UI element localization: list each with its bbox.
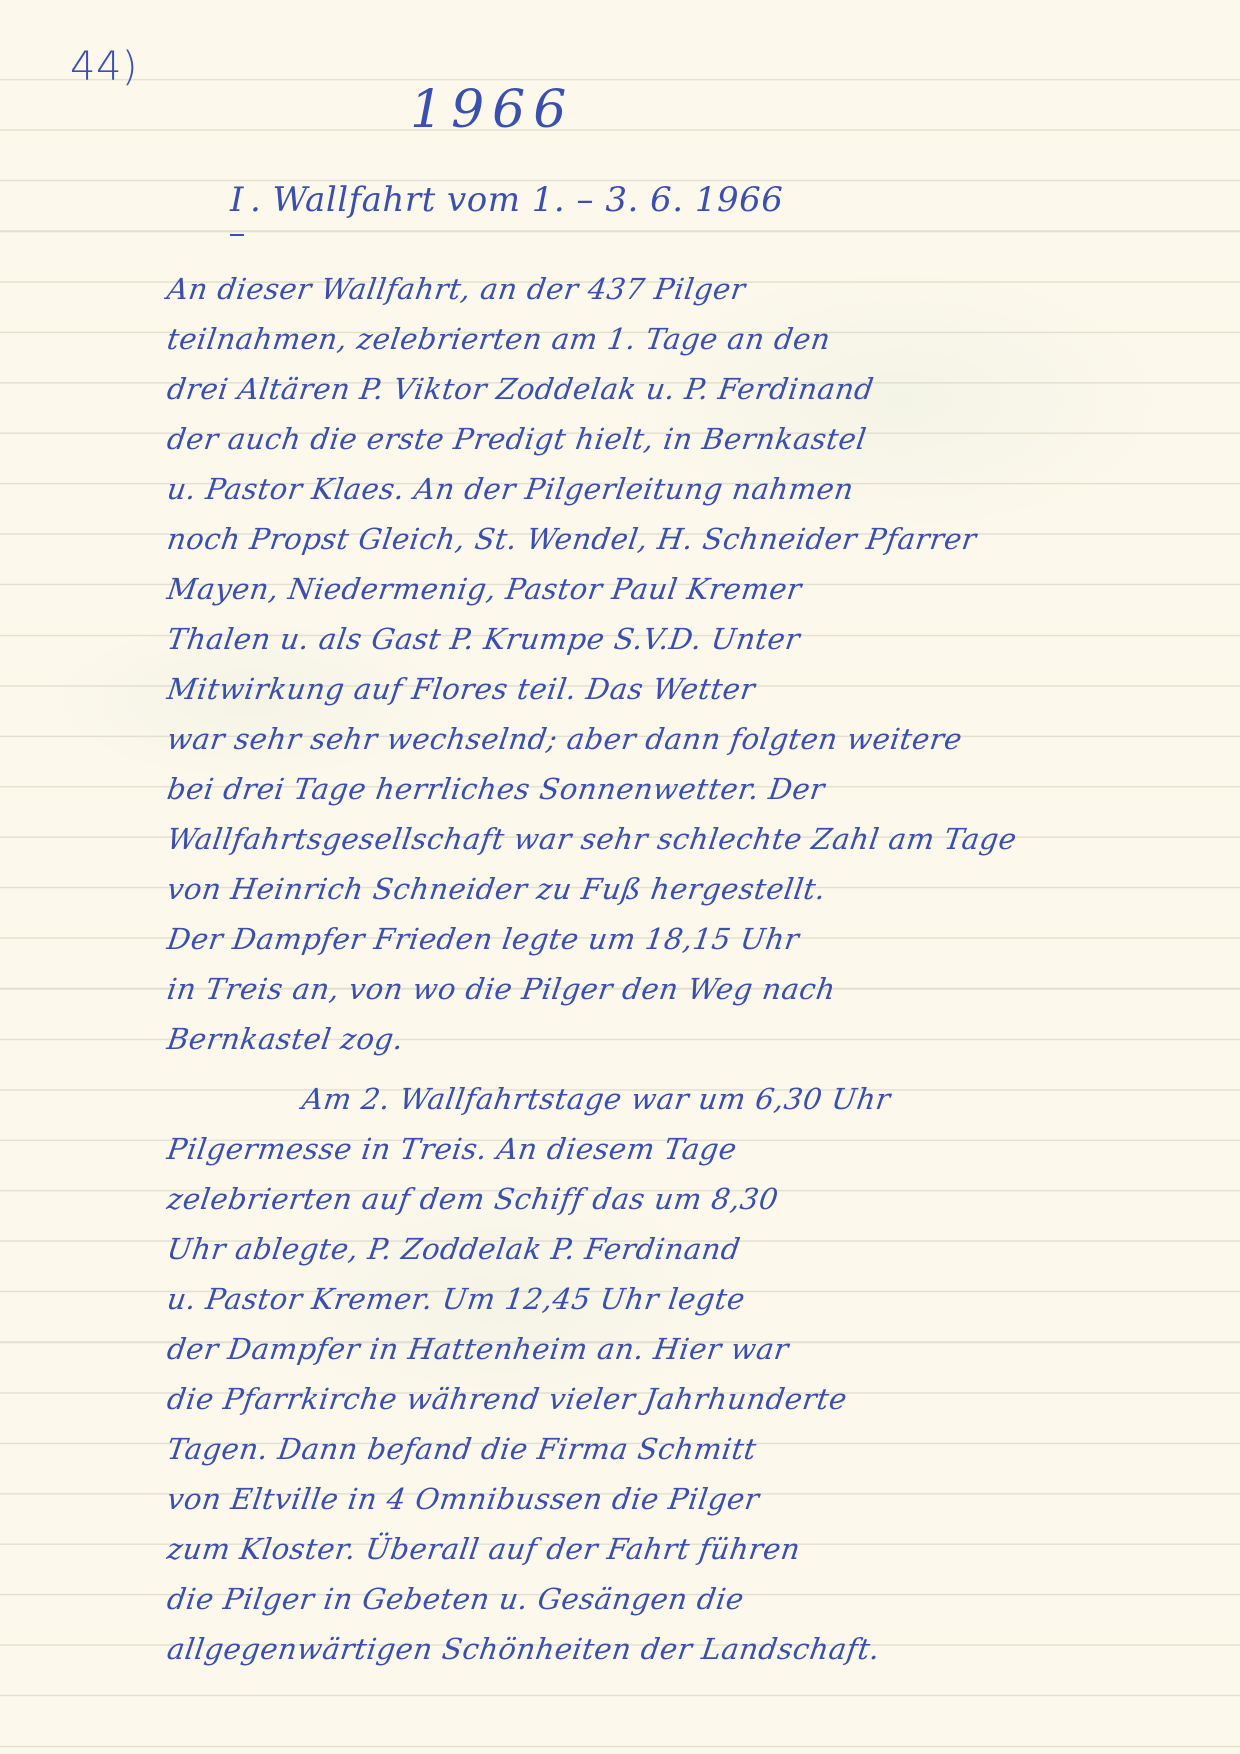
section-roman-numeral: I <box>230 180 244 236</box>
body-line: noch Propst Gleich, St. Wendel, H. Schne… <box>165 522 979 556</box>
body-line: u. Pastor Klaes. An der Pilgerleitung na… <box>165 472 856 506</box>
body-line: bei drei Tage herrliches Sonnenwetter. D… <box>165 772 827 806</box>
notebook-page: 44) 1966 I. Wallfahrt vom 1. – 3. 6. 196… <box>0 0 1240 1754</box>
body-line: war sehr sehr wechselnd; aber dann folgt… <box>165 722 964 756</box>
page-number: 44) <box>70 44 138 90</box>
body-line: teilnahmen, zelebrierten am 1. Tage an d… <box>165 322 833 356</box>
body-line: Thalen u. als Gast P. Krumpe S.V.D. Unte… <box>165 622 802 656</box>
body-line: Uhr ablegte, P. Zoddelak P. Ferdinand <box>165 1232 743 1266</box>
section-heading: I. Wallfahrt vom 1. – 3. 6. 1966 <box>230 180 783 236</box>
body-line: Bernkastel zog. <box>165 1022 406 1056</box>
body-line: der auch die erste Predigt hielt, in Ber… <box>165 422 869 456</box>
body-line: Tagen. Dann befand die Firma Schmitt <box>165 1432 759 1466</box>
body-line: u. Pastor Kremer. Um 12,45 Uhr legte <box>165 1282 747 1316</box>
body-line: Der Dampfer Frieden legte um 18,15 Uhr <box>165 922 802 956</box>
body-line-paragraph-start: Am 2. Wallfahrtstage war um 6,30 Uhr <box>300 1082 893 1116</box>
body-line: von Eltville in 4 Omnibussen die Pilger <box>165 1482 762 1516</box>
section-heading-text: . Wallfahrt vom 1. – 3. 6. 1966 <box>250 180 783 220</box>
body-line: zelebrierten auf dem Schiff das um 8,30 <box>165 1182 781 1216</box>
body-line: zum Kloster. Überall auf der Fahrt führe… <box>165 1532 803 1566</box>
body-line: von Heinrich Schneider zu Fuß hergestell… <box>165 872 828 906</box>
body-line: die Pilger in Gebeten u. Gesängen die <box>165 1582 746 1616</box>
body-line: Pilgermesse in Treis. An diesem Tage <box>165 1132 739 1166</box>
body-line: in Treis an, von wo die Pilger den Weg n… <box>165 972 838 1006</box>
body-line: Mitwirkung auf Flores teil. Das Wetter <box>165 672 757 706</box>
year-heading: 1966 <box>410 80 574 140</box>
body-line: drei Altären P. Viktor Zoddelak u. P. Fe… <box>165 372 876 406</box>
body-line: der Dampfer in Hattenheim an. Hier war <box>165 1332 791 1366</box>
body-line: die Pfarrkirche während vieler Jahrhunde… <box>165 1382 849 1416</box>
body-line: Wallfahrtsgesellschaft war sehr schlecht… <box>165 822 1019 856</box>
body-line: An dieser Wallfahrt, an der 437 Pilger <box>165 272 748 306</box>
body-line: allgegenwärtigen Schönheiten der Landsch… <box>165 1632 882 1666</box>
body-line: Mayen, Niedermenig, Pastor Paul Kremer <box>165 572 804 606</box>
